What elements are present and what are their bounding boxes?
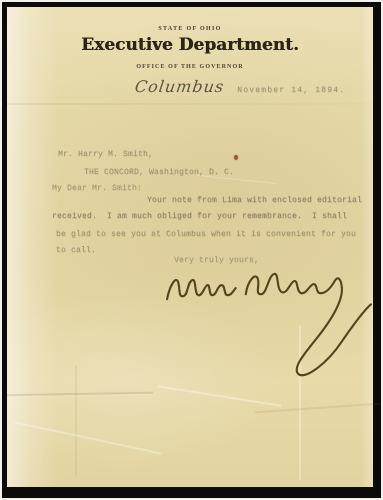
fold-crease xyxy=(255,403,380,414)
letter-paper: STATE OF OHIO Executive Department. OFFI… xyxy=(7,7,373,487)
fold-crease xyxy=(158,385,282,407)
salutation: My Dear Mr. Smith: xyxy=(52,184,142,193)
dateline-date: November 14, 1894. xyxy=(237,86,345,95)
body-line: received. I am much obliged for your rem… xyxy=(52,212,347,221)
dateline-place: Columbus xyxy=(134,77,226,96)
recipient-name-line: Mr. Harry M. Smith, xyxy=(58,150,153,159)
letterhead-department-title: Executive Department. xyxy=(7,35,373,55)
valediction: Very truly yours, xyxy=(174,256,259,265)
body-line: to call. xyxy=(56,246,96,255)
mckinley-signature xyxy=(163,265,375,383)
fold-crease xyxy=(14,421,161,454)
body-line: Your note from Lima with enclosed editor… xyxy=(147,196,362,205)
letterhead-state-line: STATE OF OHIO xyxy=(7,26,373,32)
fold-crease xyxy=(75,365,77,477)
dateline: Columbus November 14, 1894. xyxy=(135,77,345,96)
letter-photo: STATE OF OHIO Executive Department. OFFI… xyxy=(0,0,383,500)
paper-stain-spot xyxy=(234,155,238,160)
fold-crease xyxy=(7,103,373,105)
recipient-address-line: THE CONCORD, Washington, D. C. xyxy=(84,168,234,177)
body-line: be glad to see you at Columbus when it i… xyxy=(56,230,356,239)
letterhead-office-line: OFFICE OF THE GOVERNOR xyxy=(7,64,373,70)
fold-crease xyxy=(7,392,153,397)
